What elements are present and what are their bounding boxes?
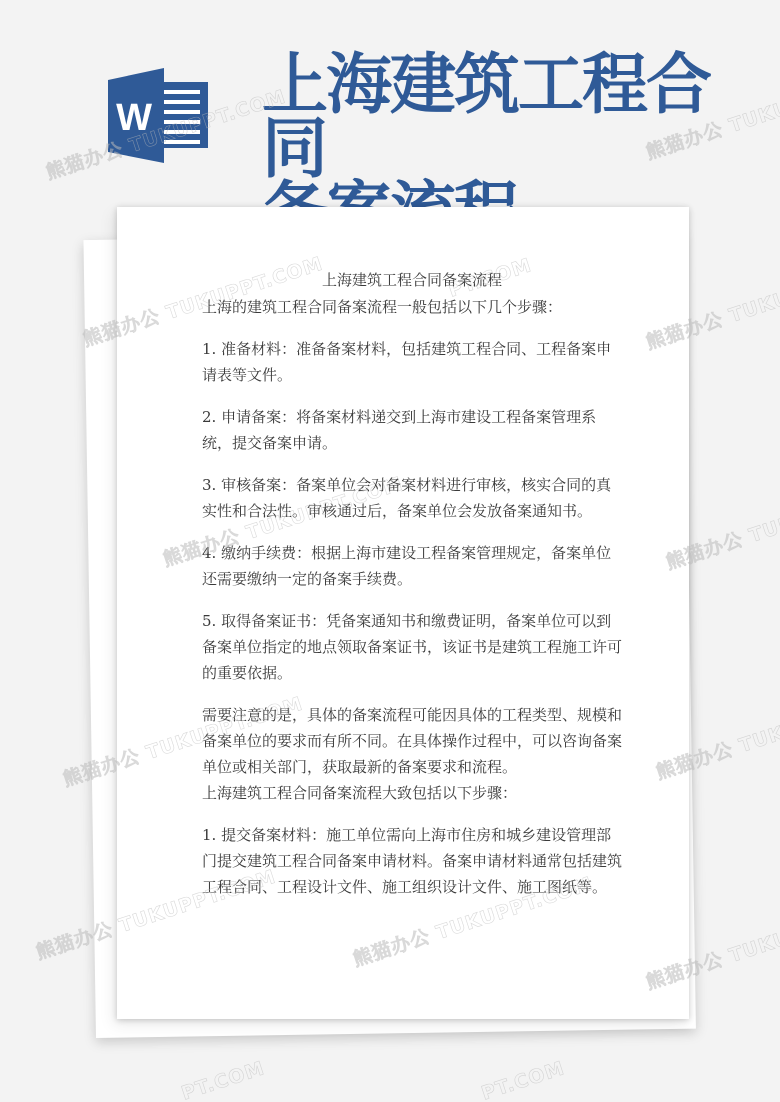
step-1-paragraph: 1. 准备材料：准备备案材料，包括建筑工程合同、工程备案申请表等文件。 (202, 336, 622, 388)
word-document-icon: W (108, 68, 208, 163)
summary-step-1-paragraph: 1. 提交备案材料：施工单位需向上海市住房和城乡建设管理部门提交建筑工程合同备案… (202, 822, 622, 900)
watermark: PT.COM (179, 1057, 268, 1102)
document-title: 上海建筑工程合同备案流程 (202, 269, 622, 291)
step-4-paragraph: 4. 缴纳手续费：根据上海市建设工程备案管理规定，备案单位还需要缴纳一定的备案手… (202, 540, 622, 592)
header: W 上海建筑工程合同 备案流程 (0, 0, 780, 200)
summary-intro-paragraph: 上海建筑工程合同备案流程大致包括以下步骤： (202, 780, 622, 806)
watermark: PT.COM (479, 1057, 568, 1102)
note-paragraph: 需要注意的是，具体的备案流程可能因具体的工程类型、规模和备案单位的要求而有所不同… (202, 702, 622, 780)
document-body: 上海建筑工程合同备案流程 上海的建筑工程合同备案流程一般包括以下几个步骤： 1.… (202, 269, 622, 900)
document-page: 上海建筑工程合同备案流程 上海的建筑工程合同备案流程一般包括以下几个步骤： 1.… (117, 207, 689, 1019)
step-2-paragraph: 2. 申请备案：将备案材料递交到上海市建设工程备案管理系统，提交备案申请。 (202, 404, 622, 456)
title-line-1: 上海建筑工程合同 (262, 52, 742, 180)
intro-paragraph: 上海的建筑工程合同备案流程一般包括以下几个步骤： (202, 294, 622, 320)
step-3-paragraph: 3. 审核备案：备案单位会对备案材料进行审核，核实合同的真实性和合法性。审核通过… (202, 472, 622, 524)
svg-text:W: W (116, 97, 152, 139)
step-5-paragraph: 5. 取得备案证书：凭备案通知书和缴费证明，备案单位可以到备案单位指定的地点领取… (202, 608, 622, 686)
